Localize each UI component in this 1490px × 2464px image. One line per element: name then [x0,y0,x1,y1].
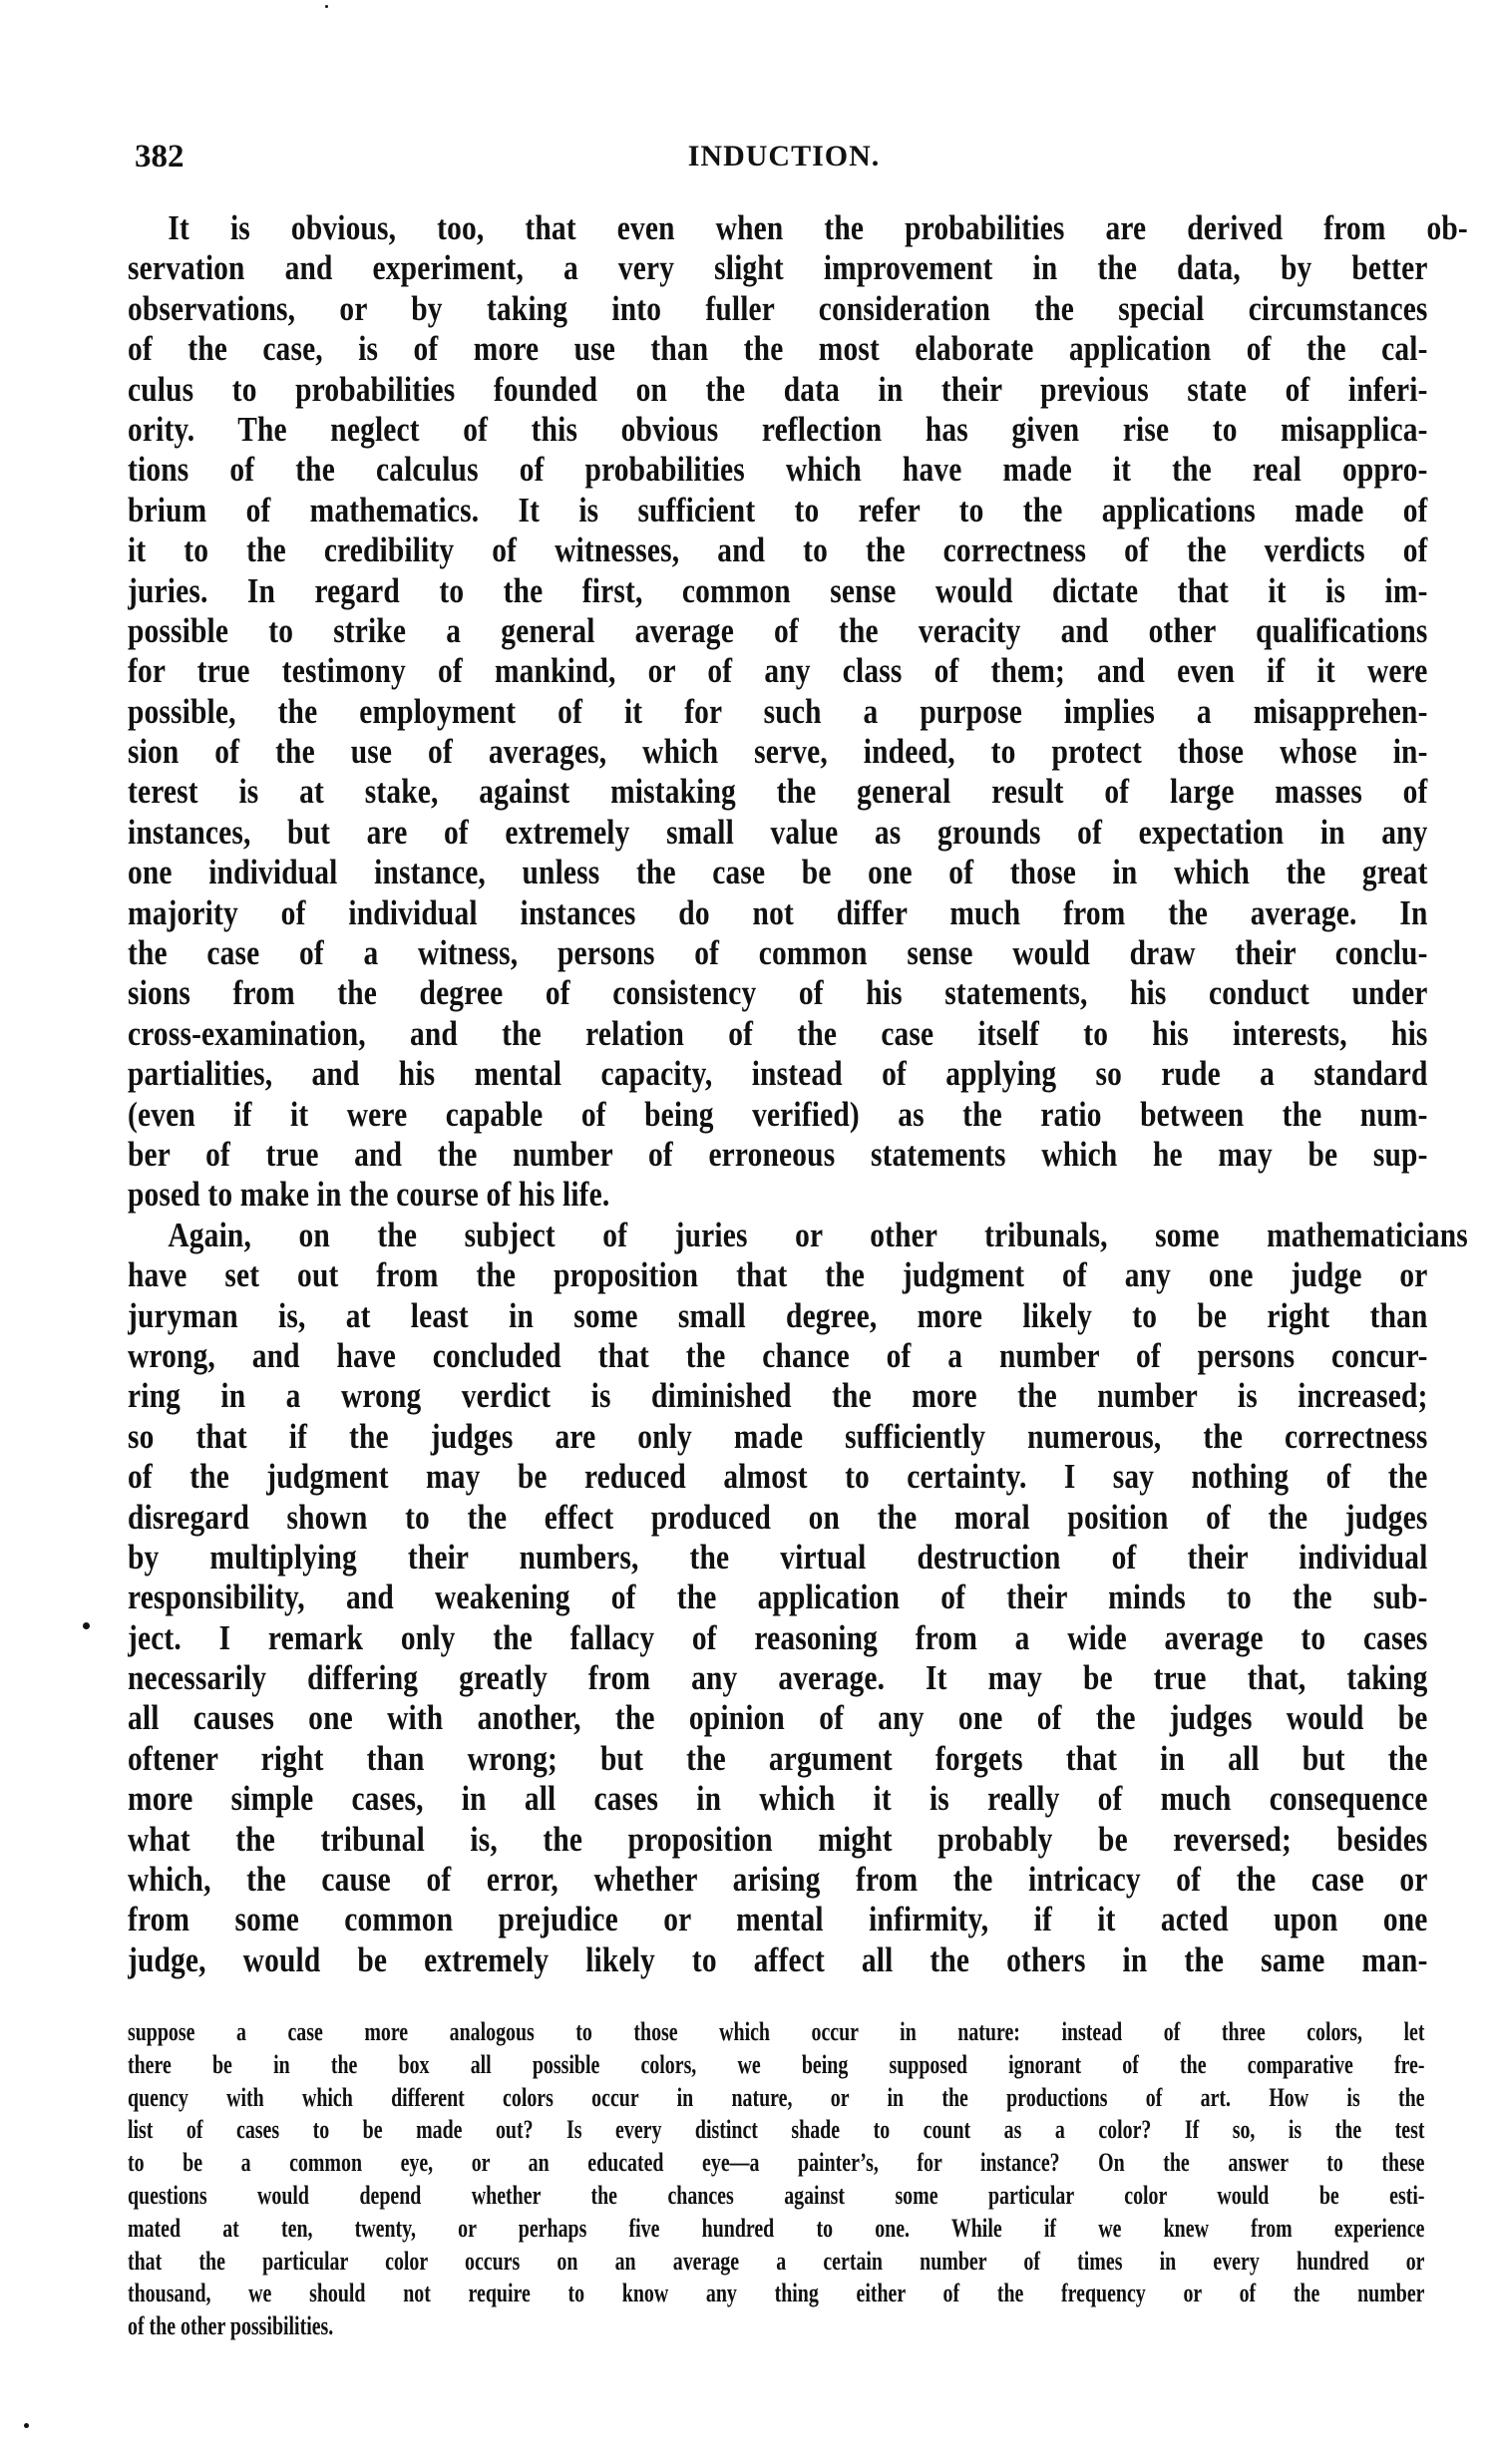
line-text: of the other possibilities. [128,2310,1425,2343]
text-line: brium of mathematics. It is sufficient t… [128,491,1490,530]
line-text: list of cases to be made out? Is every d… [128,2114,1425,2147]
text-line: terest is at stake, against mistaking th… [128,772,1490,812]
footnote-line: questions would depend whether the chanc… [128,2180,1490,2213]
line-text: ber of true and the number of erroneous … [128,1135,1428,1175]
line-text: brium of mathematics. It is sufficient t… [128,491,1428,530]
text-line: ject. I remark only the fallacy of reaso… [128,1618,1490,1658]
footnote-line: there be in the box all possible colors,… [128,2049,1490,2082]
line-text: necessarily differing greatly from any a… [128,1658,1428,1698]
line-text: (even if it were capable of being verifi… [128,1095,1428,1135]
footnote: suppose a case more analogous to those w… [128,2016,1490,2343]
text-line: it to the credibility of witnesses, and … [128,530,1490,570]
text-line: from some common prejudice or mental inf… [128,1900,1490,1939]
line-text: ring in a wrong verdict is diminished th… [128,1376,1428,1416]
line-text: by multiplying their numbers, the virtua… [128,1538,1428,1578]
footnote-line: thousand, we should not require to know … [128,2278,1490,2310]
line-text: ority. The neglect of this obvious refle… [128,410,1428,450]
line-text: there be in the box all possible colors,… [128,2049,1425,2082]
line-text: tions of the calculus of probabilities w… [128,450,1428,490]
line-text: juries. In regard to the first, common s… [128,571,1428,611]
text-line: of the case, is of more use than the mos… [128,329,1490,369]
line-text: of the case, is of more use than the mos… [128,329,1428,369]
text-line: for true testimony of mankind, or of any… [128,651,1490,691]
line-text: wrong, and have concluded that the chanc… [128,1336,1428,1376]
text-line: observations, or by taking into fuller c… [128,289,1490,329]
line-text: observations, or by taking into fuller c… [128,289,1428,329]
text-line: what the tribunal is, the proposition mi… [128,1820,1490,1860]
line-text: ject. I remark only the fallacy of reaso… [128,1618,1428,1658]
text-line: of the judgment may be reduced almost to… [128,1457,1490,1497]
text-line: possible, the employment of it for such … [128,692,1490,732]
paragraph-first-line: Again, on the subject of juries or other… [128,1216,1490,1255]
line-text: of the judgment may be reduced almost to… [128,1457,1428,1497]
line-text: terest is at stake, against mistaking th… [128,772,1428,812]
footnote-line: mated at ten, twenty, or perhaps five hu… [128,2213,1490,2246]
line-text: possible, the employment of it for such … [128,692,1428,732]
line-text: that the particular color occurs on an a… [128,2246,1425,2279]
line-text: one individual instance, unless the case… [128,853,1428,892]
text-line: ring in a wrong verdict is diminished th… [128,1376,1490,1416]
footnote-line: suppose a case more analogous to those w… [128,2016,1490,2049]
line-text: mated at ten, twenty, or perhaps five hu… [128,2213,1425,2246]
line-text: responsibility, and weakening of the app… [128,1578,1428,1617]
text-line: instances, but are of extremely small va… [128,813,1490,853]
line-text: culus to probabilities founded on the da… [128,370,1428,410]
scan-speck-top [325,5,328,8]
line-text: thousand, we should not require to know … [128,2278,1425,2310]
text-line: (even if it were capable of being verifi… [128,1095,1490,1135]
text-line: so that if the judges are only made suff… [128,1417,1490,1457]
footnote-line: that the particular color occurs on an a… [128,2246,1490,2279]
line-text: disregard shown to the effect produced o… [128,1498,1428,1538]
running-head: INDUCTION. [680,139,888,175]
line-text: suppose a case more analogous to those w… [128,2016,1425,2049]
text-line: necessarily differing greatly from any a… [128,1658,1490,1698]
line-text: which, the cause of error, whether arisi… [128,1860,1428,1900]
line-text: to be a common eye, or an educated eye—a… [128,2147,1425,2180]
line-text: sions from the degree of consistency of … [128,973,1428,1013]
line-text: sion of the use of averages, which serve… [128,732,1428,772]
line-text: juryman is, at least in some small degre… [128,1296,1428,1336]
text-line: oftener right than wrong; but the argume… [128,1739,1490,1779]
line-text: have set out from the proposition that t… [128,1255,1428,1295]
line-text: cross-examination, and the relation of t… [128,1014,1428,1054]
text-line: all causes one with another, the opinion… [128,1698,1490,1738]
footnote-line: to be a common eye, or an educated eye—a… [128,2147,1490,2180]
text-line: sions from the degree of consistency of … [128,973,1490,1013]
page-number: 382 [135,139,185,175]
text-line: judge, would be extremely likely to affe… [128,1940,1490,1980]
text-line: ber of true and the number of erroneous … [128,1135,1490,1175]
footnote-line: list of cases to be made out? Is every d… [128,2114,1490,2147]
text-line: have set out from the proposition that t… [128,1255,1490,1295]
text-line: sion of the use of averages, which serve… [128,732,1490,772]
line-text: partialities, and his mental capacity, i… [128,1054,1428,1094]
line-text: oftener right than wrong; but the argume… [128,1739,1428,1779]
line-text: the case of a witness, persons of common… [128,933,1428,973]
line-text: from some common prejudice or mental inf… [128,1900,1428,1939]
line-text: so that if the judges are only made suff… [128,1417,1428,1457]
body-text: It is obvious, too, that even when the p… [128,208,1490,1980]
line-text: servation and experiment, a very slight … [128,248,1428,288]
text-line: cross-examination, and the relation of t… [128,1014,1490,1054]
text-line: partialities, and his mental capacity, i… [128,1054,1490,1094]
text-line: responsibility, and weakening of the app… [128,1578,1490,1617]
text-line: wrong, and have concluded that the chanc… [128,1336,1490,1376]
line-text: Again, on the subject of juries or other… [128,1216,1468,1255]
text-line: by multiplying their numbers, the virtua… [128,1538,1490,1578]
text-line: which, the cause of error, whether arisi… [128,1860,1490,1900]
line-text: It is obvious, too, that even when the p… [128,208,1468,248]
text-line: more simple cases, in all cases in which… [128,1779,1490,1819]
text-line: the case of a witness, persons of common… [128,933,1490,973]
line-text: posed to make in the course of his life. [128,1175,1428,1215]
line-text: all causes one with another, the opinion… [128,1698,1428,1738]
text-line: servation and experiment, a very slight … [128,248,1490,288]
paragraph-first-line: It is obvious, too, that even when the p… [128,208,1490,248]
line-text: quency with which different colors occur… [128,2082,1425,2115]
text-line: culus to probabilities founded on the da… [128,370,1490,410]
text-line: possible to strike a general average of … [128,611,1490,651]
text-line: ority. The neglect of this obvious refle… [128,410,1490,450]
line-text: what the tribunal is, the proposition mi… [128,1820,1428,1860]
line-text: possible to strike a general average of … [128,611,1428,651]
line-text: judge, would be extremely likely to affe… [128,1940,1428,1980]
text-line: juryman is, at least in some small degre… [128,1296,1490,1336]
text-line: majority of individual instances do not … [128,893,1490,933]
line-text: it to the credibility of witnesses, and … [128,530,1428,570]
scan-speck-bottom [24,2423,29,2428]
footnote-line: quency with which different colors occur… [128,2082,1490,2115]
text-line: tions of the calculus of probabilities w… [128,450,1490,490]
line-text: instances, but are of extremely small va… [128,813,1428,853]
text-line: posed to make in the course of his life. [128,1175,1490,1215]
line-text: for true testimony of mankind, or of any… [128,651,1428,691]
footnote-line: of the other possibilities. [128,2310,1490,2343]
line-text: questions would depend whether the chanc… [128,2180,1425,2213]
scan-speck-margin [83,1622,90,1629]
text-line: one individual instance, unless the case… [128,853,1490,892]
text-line: juries. In regard to the first, common s… [128,571,1490,611]
line-text: more simple cases, in all cases in which… [128,1779,1428,1819]
text-line: disregard shown to the effect produced o… [128,1498,1490,1538]
line-text: majority of individual instances do not … [128,893,1428,933]
